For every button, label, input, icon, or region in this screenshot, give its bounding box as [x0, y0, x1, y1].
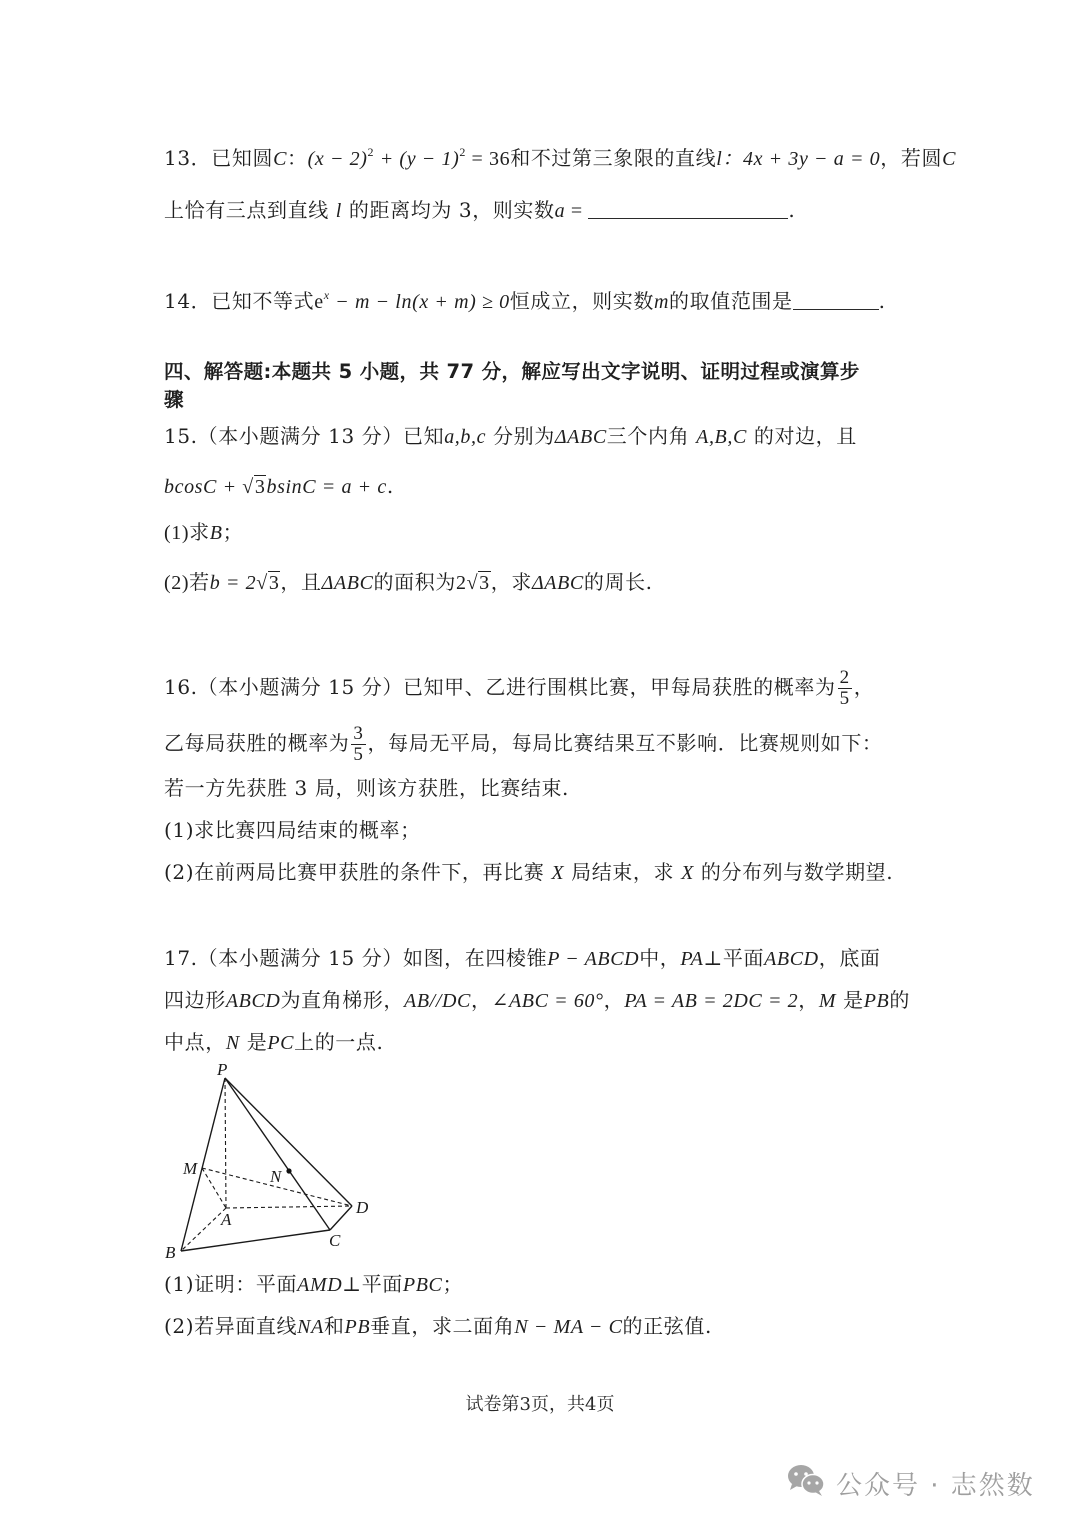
q15-part2: (2)若b = 2√3，且ΔABC的面积为2√3，求ΔABC的周长.: [164, 568, 653, 597]
q17-part2: (2)若异面直线NA和PB垂直，求二面角N − MA − C的正弦值.: [164, 1312, 712, 1341]
q16-part2: (2)在前两局比赛甲获胜的条件下，再比赛 X 局结束，求 X 的分布列与数学期望…: [164, 858, 893, 887]
svg-text:P: P: [216, 1060, 227, 1079]
question-number: 14．: [164, 289, 211, 313]
wechat-icon: [786, 1463, 826, 1504]
svg-text:B: B: [165, 1243, 176, 1262]
question-number: 13．: [164, 146, 211, 170]
sqrt: √3: [467, 569, 491, 597]
svg-text:D: D: [355, 1198, 369, 1217]
q15-part1: (1)求B；: [164, 518, 243, 547]
sqrt: √3: [242, 473, 266, 501]
q17-part1: (1)证明：平面AMD⊥平面PBC；: [164, 1270, 463, 1299]
svg-text:A: A: [220, 1210, 232, 1229]
q17-line2: 四边形ABCD为直角梯形，AB//DC，∠ABC = 60°，PA = AB =…: [164, 986, 910, 1015]
section-heading-cont: 骤: [164, 386, 184, 414]
watermark-label: 公众号 · 志然数: [836, 1465, 1035, 1502]
q16-line1: 16.（本小题满分 15 分）已知甲、乙进行围棋比赛，甲每局获胜的概率为25，: [164, 668, 874, 709]
q13-line1: 13．已知圆C：(x − 2)2 + (y − 1)2 = 36和不过第三象限的…: [164, 144, 956, 173]
answer-blank: [793, 289, 879, 310]
svg-text:N: N: [269, 1167, 283, 1186]
sqrt: √3: [256, 569, 280, 597]
section-heading: 四、解答题:本题共 5 小题，共 77 分，解应写出文字说明、证明过程或演算步: [164, 358, 860, 386]
question-number: 17.: [164, 946, 198, 970]
q17-line1: 17.（本小题满分 15 分）如图，在四棱锥P − ABCD中，PA⊥平面ABC…: [164, 944, 881, 973]
q16-line3: 若一方先获胜 3 局，则该方获胜，比赛结束.: [164, 774, 569, 802]
q17-line3: 中点，N 是PC上的一点.: [164, 1028, 383, 1057]
pyramid-figure: P M N A D C B: [155, 1060, 385, 1270]
q14-line1: 14．已知不等式ex − m − ln(x + m) ≥ 0恒成立，则实数m的取…: [164, 287, 886, 316]
fraction: 35: [351, 724, 365, 765]
q15-line2: bcosC + √3bsinC = a + c.: [164, 472, 394, 501]
q16-part1: (1)求比赛四局结束的概率；: [164, 816, 421, 844]
svg-text:C: C: [329, 1231, 341, 1250]
fraction: 25: [838, 668, 852, 709]
question-number: 15.: [164, 424, 198, 448]
q13-line2: 上恰有三点到直线 l 的距离均为 3，则实数a = .: [164, 196, 795, 225]
svg-text:M: M: [182, 1159, 198, 1178]
answer-blank: [588, 198, 788, 219]
q15-line1: 15.（本小题满分 13 分）已知a,b,c 分别为ΔABC三个内角 A,B,C…: [164, 422, 857, 451]
q16-line2: 乙每局获胜的概率为35，每局无平局，每局比赛结果互不影响．比赛规则如下：: [164, 724, 883, 765]
pyramid-diagram: P M N A D C B: [155, 1060, 385, 1270]
question-number: 16.: [164, 675, 198, 699]
page-footer: 试卷第3页，共4页: [0, 1390, 1080, 1416]
watermark: 公众号 · 志然数: [786, 1463, 1035, 1504]
